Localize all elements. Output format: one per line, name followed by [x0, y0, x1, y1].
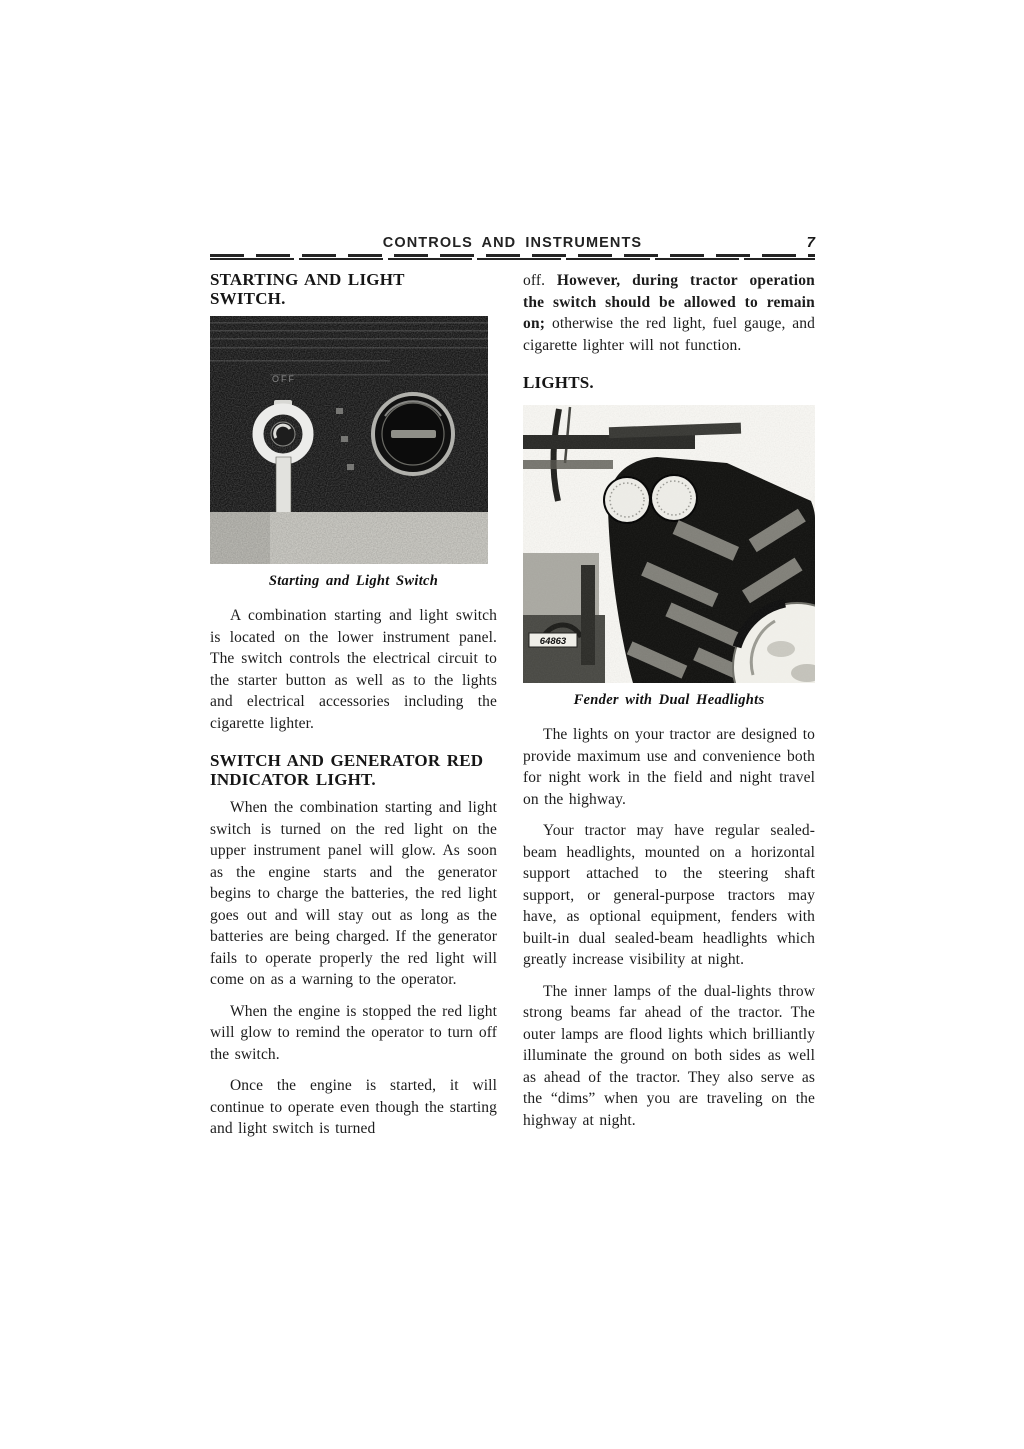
paragraph-switch-remain-on: off. However, during tractor operation t…	[523, 270, 815, 356]
starting-switch-photo: OFF	[210, 316, 497, 564]
paragraph-once-started: Once the engine is started, it will cont…	[210, 1075, 497, 1140]
page-title: CONTROLS AND INSTRUMENTS	[383, 235, 642, 251]
heading-lights: LIGHTS.	[523, 373, 815, 392]
page-number: 7	[807, 234, 815, 251]
heading-switch-generator-red-light: SWITCH AND GENERATOR RED INDICATOR LIGHT…	[210, 751, 497, 789]
light-switch-knob	[373, 394, 453, 474]
paragraph-inner-lamps: The inner lamps of the dual-lights throw…	[523, 981, 815, 1132]
header-rule-dashed	[210, 254, 815, 257]
text-off: off.	[523, 272, 557, 289]
photo-number-plate: 64863	[529, 633, 577, 647]
paragraph-sealed-beam: Your tractor may have regular sealed-bea…	[523, 820, 815, 971]
text-otherwise: otherwise the red light, fuel gauge, and…	[523, 315, 815, 354]
fender-photo: 64863	[523, 405, 815, 683]
paragraph-engine-stopped: When the engine is stopped the red light…	[210, 1001, 497, 1066]
heading-starting-and-light-switch: STARTING AND LIGHT SWITCH.	[210, 270, 446, 308]
manual-page: CONTROLS AND INSTRUMENTS 7 STARTING AND …	[0, 0, 1024, 1449]
right-column: off. However, during tractor operation t…	[523, 270, 815, 1150]
figure-starting-switch: OFF	[210, 316, 497, 590]
figure-caption-starting-switch: Starting and Light Switch	[210, 573, 497, 590]
page-header: CONTROLS AND INSTRUMENTS 7	[210, 234, 815, 251]
left-column: STARTING AND LIGHT SWITCH.	[210, 270, 497, 1150]
switch-marking-label: OFF	[272, 374, 296, 384]
paragraph-combination-switch: A combination starting and light switch …	[210, 605, 497, 734]
paragraph-red-light-glow: When the combination starting and light …	[210, 797, 497, 991]
two-column-layout: STARTING AND LIGHT SWITCH.	[210, 270, 815, 1150]
figure-fender: 64863 Fender with Dual Headlights	[523, 405, 815, 709]
paragraph-lights-designed: The lights on your tractor are designed …	[523, 724, 815, 810]
header-rule-solid	[210, 258, 815, 260]
figure-caption-fender: Fender with Dual Headlights	[523, 692, 815, 709]
photo-number: 64863	[540, 636, 567, 647]
